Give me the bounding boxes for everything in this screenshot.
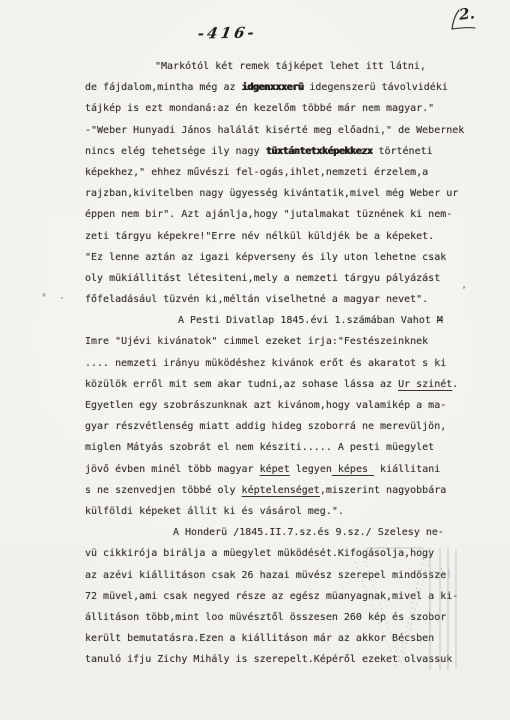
corner-mark-text: 2. — [458, 4, 475, 24]
manuscript-page: -416- 2. "Markótól két remek tájképet le… — [0, 0, 510, 720]
text-line: Egyetlen egy szobrászunknak azt kivánom,… — [85, 395, 495, 416]
text-line: közülök erről mit sem akar tudni,az soha… — [85, 374, 495, 395]
text-segment: jövő évben minél több magyar — [85, 464, 260, 475]
struck-text: idgenxxxerü — [242, 82, 304, 93]
text-segment: tájkép is ezt mondaná:az én kezelőm több… — [85, 103, 434, 114]
text-segment: . — [452, 379, 458, 390]
text-segment: külföldi képeket állit ki és vásárol meg… — [85, 506, 344, 517]
underlined-text: képes — [332, 464, 374, 475]
text-segment: -"Weber Hunyadi János halálát kisérté me… — [85, 125, 464, 136]
underlined-text: képet — [260, 464, 290, 475]
pencil-speck — [42, 293, 46, 297]
handwritten-page-index: 2. — [449, 5, 487, 35]
text-segment: oly mükiállitást létesiteni,mely a nemze… — [85, 273, 440, 284]
underlined-text: képtelenséget — [242, 485, 320, 496]
struck-text: tüxtántetxképekkezx — [266, 146, 373, 157]
underlined-text: Ur szinét — [398, 379, 452, 390]
text-line: "Markótól két remek tájképet lehet itt l… — [85, 56, 495, 77]
text-segment: főfeladásául tüzvén ki,méltán viselhetné… — [85, 294, 428, 305]
text-line: zeti tárgyu képekre!"Erre név nélkül kül… — [85, 226, 495, 247]
text-segment: történeti — [372, 146, 432, 157]
text-segment: s ne szenvedjen többé oly — [85, 485, 242, 496]
text-line: -"Weber Hunyadi János halálát kisérté me… — [85, 120, 495, 141]
text-segment: Egyetlen egy szobrászunknak azt kivánom,… — [85, 400, 446, 411]
text-line: Imre "Ujévi kivánatok" cimmel ezeket irj… — [85, 331, 495, 352]
text-line: nincs elég tehetsége ily nagy tüxtántetx… — [85, 141, 495, 162]
struck-text: M — [437, 315, 443, 326]
text-line: gyar részvétlenség miatt addig hideg szo… — [85, 416, 495, 437]
text-segment: .... nemzeti irányu müködéshez kivánok e… — [85, 358, 446, 369]
text-segment: rajzban,kivitelben nagy ügyesség kivánta… — [85, 188, 458, 199]
text-segment: "Markótól két remek tájképet lehet itt l… — [155, 61, 426, 72]
text-line: s ne szenvedjen többé oly képtelenséget,… — [85, 480, 495, 501]
page-number: -416- — [196, 23, 258, 42]
text-line: miglen Mátyás szobrát el nem késziti....… — [85, 437, 495, 458]
text-segment: Imre "Ujévi kivánatok" cimmel ezeket irj… — [85, 336, 428, 347]
text-segment: gyar részvétlenség miatt addig hideg szo… — [85, 421, 446, 432]
text-line: A Honderü /1845.II.7.sz.és 9.sz./ Szeles… — [85, 522, 495, 543]
text-line: .... nemzeti irányu müködéshez kivánok e… — [85, 353, 495, 374]
text-segment: A Pesti Divatlap 1845.évi 1.számában Vah… — [178, 315, 437, 326]
text-line: jövő évben minél több magyar képet legye… — [85, 459, 495, 480]
text-segment: közülök erről mit sem akar tudni,az soha… — [85, 379, 398, 390]
text-line: főfeladásául tüzvén ki,méltán viselhetné… — [85, 289, 495, 310]
text-line: tájkép is ezt mondaná:az én kezelőm több… — [85, 98, 495, 119]
text-segment: éppen nem bir". Azt ajánlja,hogy "jutalm… — [85, 209, 452, 220]
text-line: külföldi képeket állit ki és vásárol meg… — [85, 501, 495, 522]
text-line: éppen nem bir". Azt ajánlja,hogy "jutalm… — [85, 204, 495, 225]
pencil-speck — [61, 297, 63, 299]
text-line: A Pesti Divatlap 1845.évi 1.számában Vah… — [85, 310, 495, 331]
text-segment: kiállitani — [374, 464, 440, 475]
text-segment: ,miszerint nagyobbára — [320, 485, 446, 496]
text-segment: legyen — [290, 464, 332, 475]
text-segment: "Ez lenne aztán az igazi képverseny és i… — [85, 252, 446, 263]
text-segment: zeti tárgyu képekre!"Erre név nélkül kül… — [85, 231, 434, 242]
text-segment: képekhez," ehhez művészi fel-ogás,ihlet,… — [85, 167, 428, 178]
archive-watermark-icon — [345, 542, 473, 674]
text-line: rajzban,kivitelben nagy ügyesség kivánta… — [85, 183, 495, 204]
text-line: oly mükiállitást létesiteni,mely a nemze… — [85, 268, 495, 289]
text-segment: de fájdalom,mintha még az — [85, 82, 242, 93]
text-line: "Ez lenne aztán az igazi képverseny és i… — [85, 247, 495, 268]
text-segment: A Honderü /1845.II.7.sz.és 9.sz./ Szeles… — [173, 527, 444, 538]
text-segment: nincs elég tehetsége ily nagy — [85, 146, 266, 157]
text-line: képekhez," ehhez művészi fel-ogás,ihlet,… — [85, 162, 495, 183]
text-segment: idegenszerü távolvidéki — [303, 82, 448, 93]
text-line: de fájdalom,mintha még az idgenxxxerü id… — [85, 77, 495, 98]
text-segment: miglen Mátyás szobrát el nem késziti....… — [85, 442, 434, 453]
